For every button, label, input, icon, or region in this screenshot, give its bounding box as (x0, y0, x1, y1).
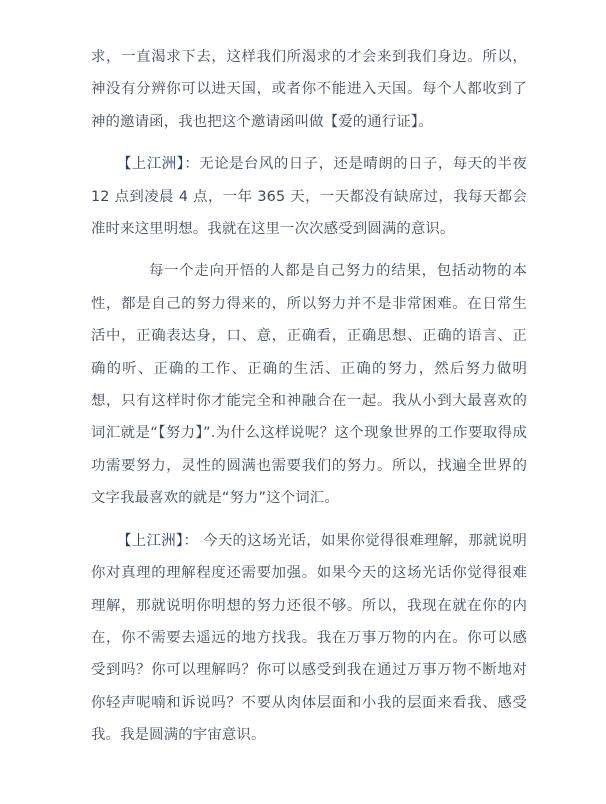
paragraph-text: 求，一直渴求下去，这样我们所渴求的才会来到我们身边。所以，神没有分辨你可以进天国… (91, 49, 527, 130)
paragraph-text: 每一个走向开悟的人都是自己努力的结果，包括动物的本性，都是自己的努力得来的，所以… (91, 263, 527, 506)
paragraph-2: 【上江洲】：无论是台风的日子，还是晴朗的日子，每天的半夜 12 点到凌晨 4 点… (91, 148, 527, 245)
paragraph-1: 求，一直渴求下去，这样我们所渴求的才会来到我们身边。所以，神没有分辨你可以进天国… (91, 41, 527, 138)
speaker-label: 【上江洲】 (117, 533, 183, 549)
paragraph-3: 每一个走向开悟的人都是自己努力的结果，包括动物的本性，都是自己的努力得来的，所以… (91, 255, 527, 514)
document-page: 求，一直渴求下去，这样我们所渴求的才会来到我们身边。所以，神没有分辨你可以进天国… (91, 41, 527, 762)
paragraph-text: ： 今天的这场光话，如果你觉得很难理解，那就说明你对真理的理解程度还需要加强。如… (91, 533, 527, 743)
speaker-label: 【上江洲】 (117, 156, 184, 172)
paragraph-4: 【上江洲】： 今天的这场光话，如果你觉得很难理解，那就说明你对真理的理解程度还需… (91, 525, 527, 752)
